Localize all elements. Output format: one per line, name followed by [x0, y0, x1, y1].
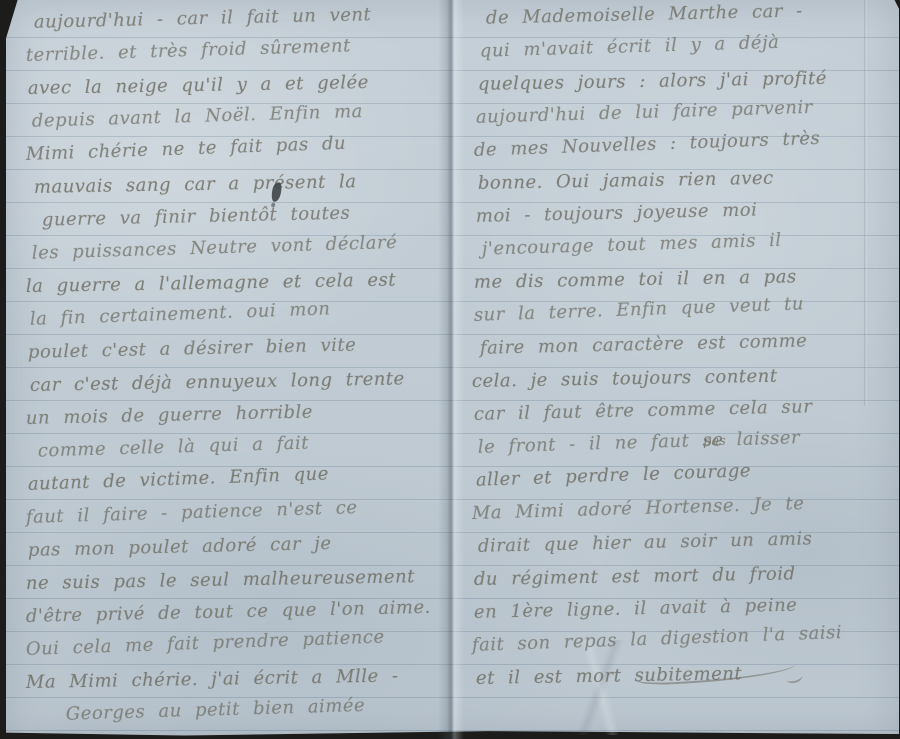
letter-page-right: de Mademoiselle Marthe car -qui m'avait …	[470, 0, 894, 695]
center-fold	[438, 0, 464, 739]
inserted-word-above-line: pas	[703, 434, 726, 450]
letter-photograph: aujourd'hui - car il fait un ventterribl…	[0, 0, 900, 739]
letter-page-left: aujourd'hui - car il fait un ventterribl…	[24, 0, 438, 732]
